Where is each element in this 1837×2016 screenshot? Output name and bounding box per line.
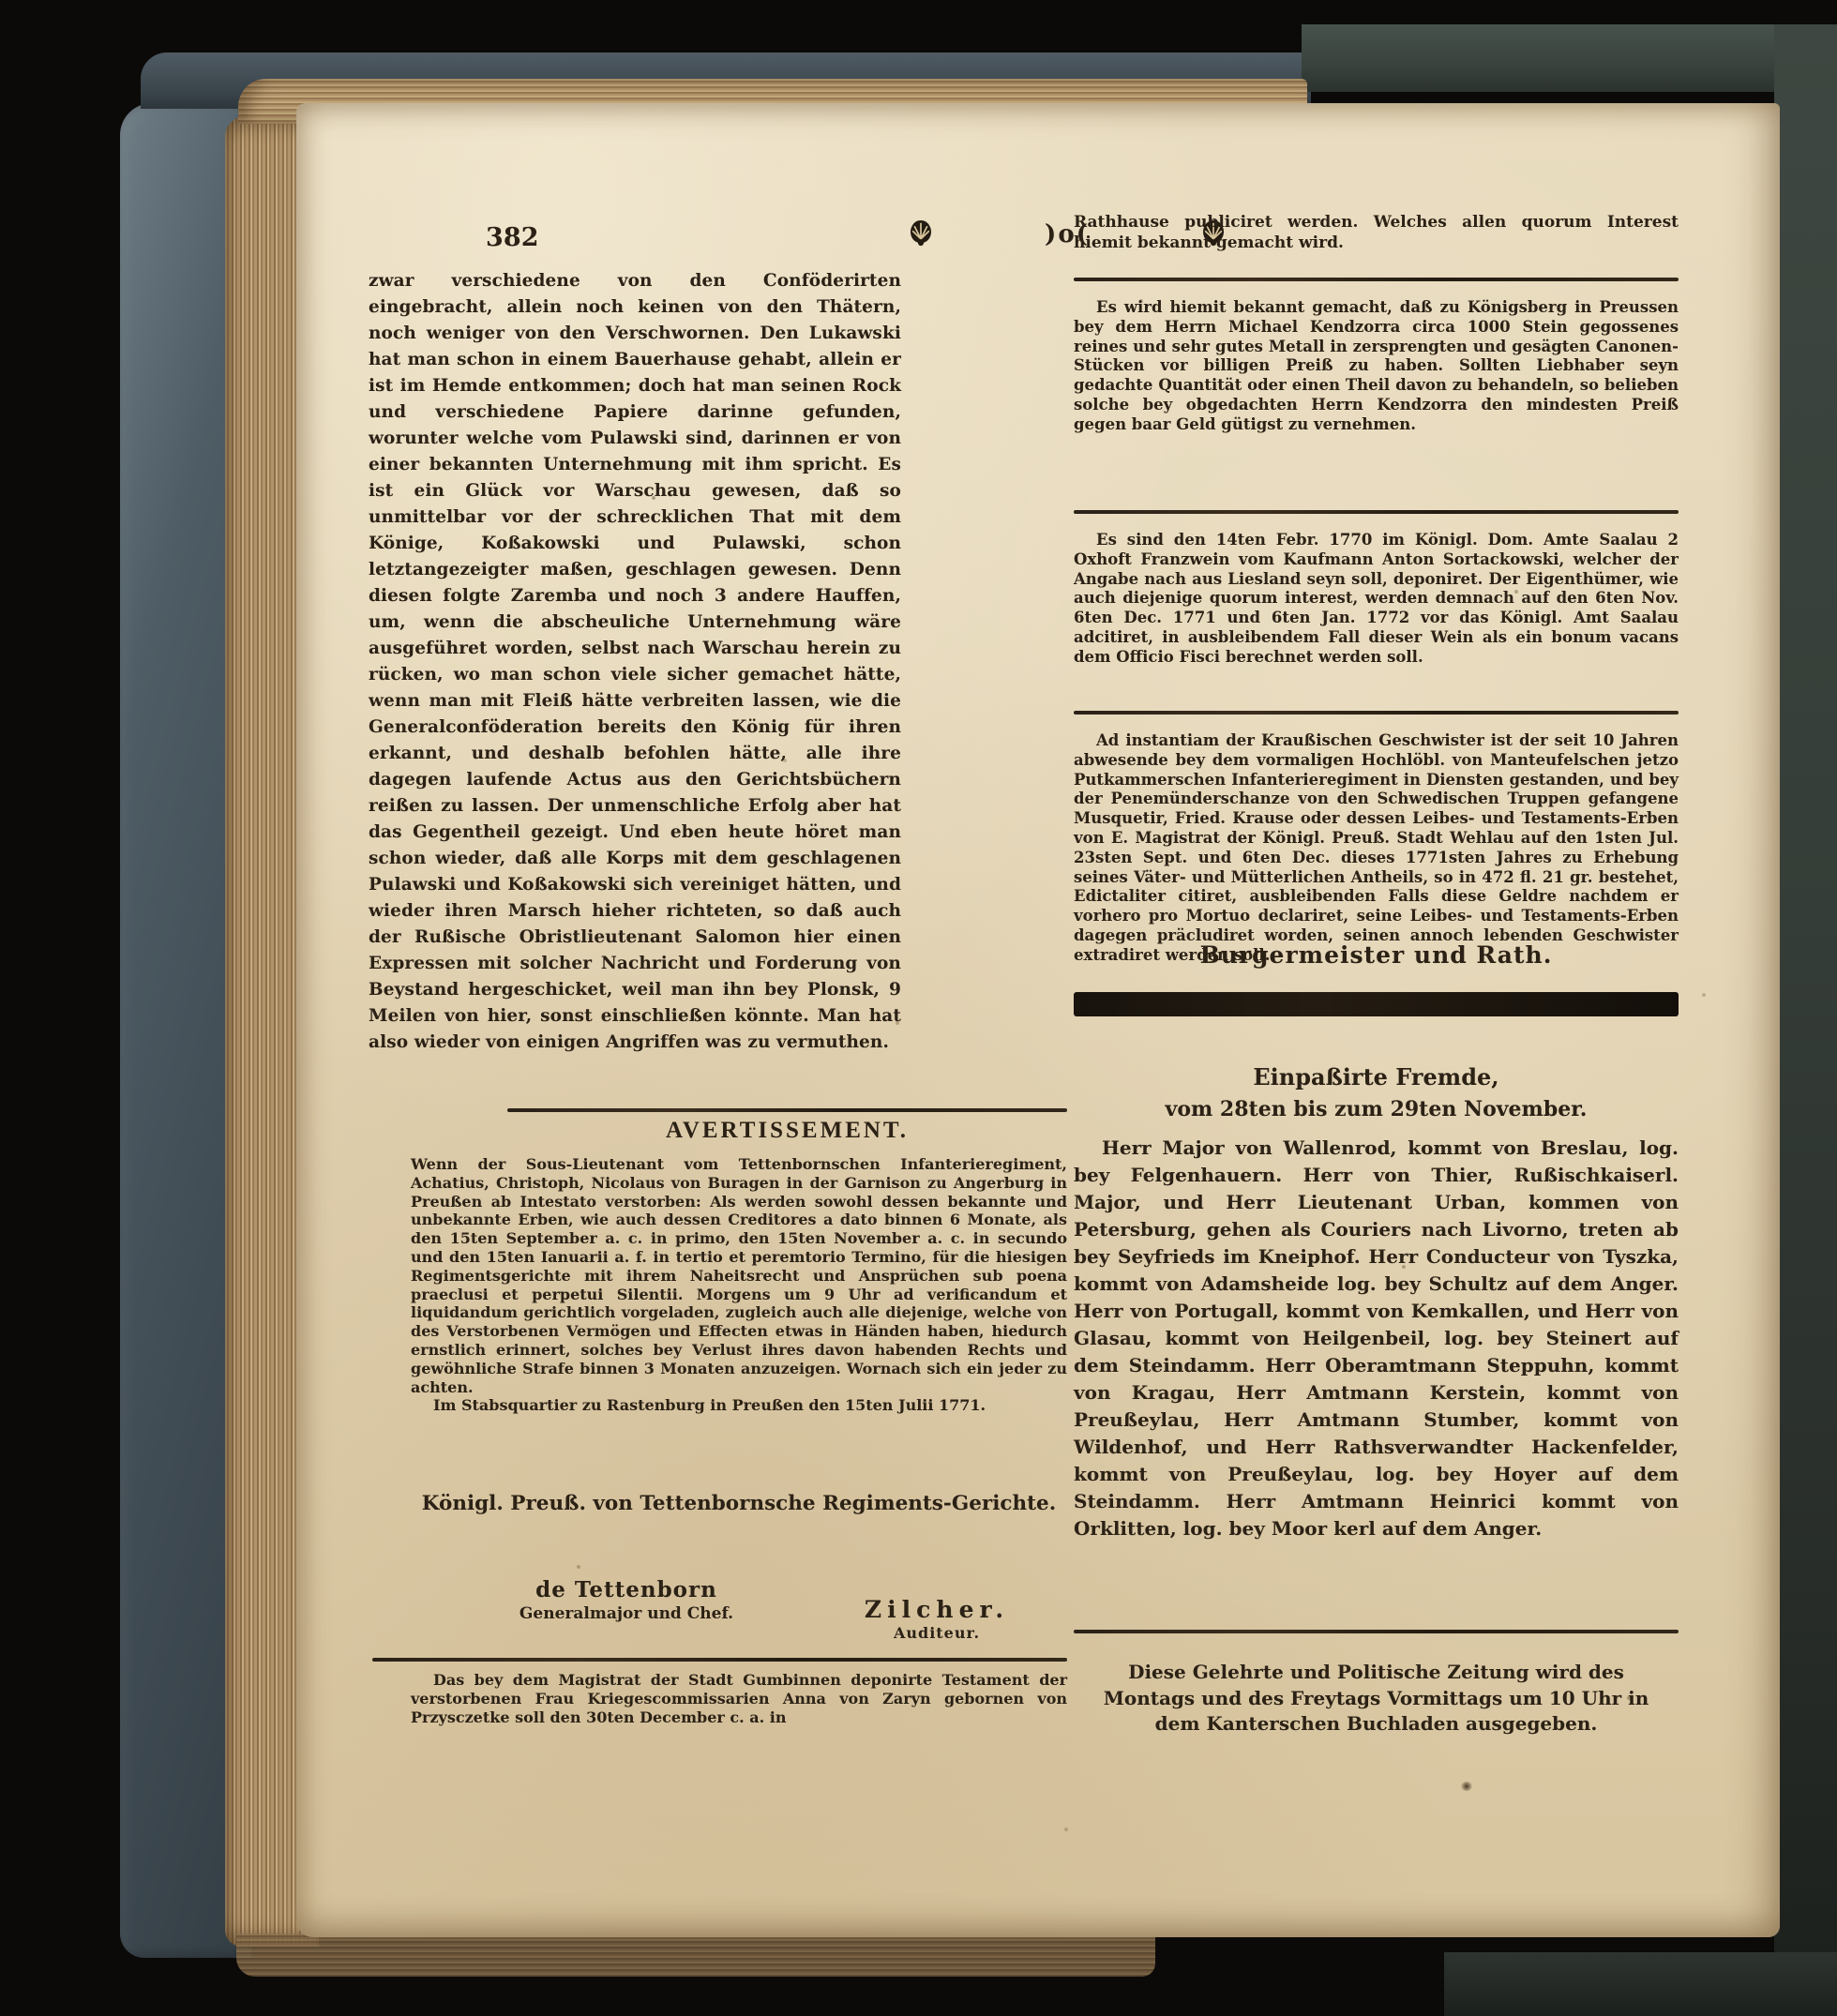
avertissement-text: Wenn der Sous-Lieutenant vom Tettenborns… <box>411 1155 1067 1396</box>
auditor-role: Auditeur. <box>801 1624 1073 1642</box>
auditor-name: Zilcher. <box>801 1596 1073 1623</box>
continuation-notice: Rathhause publiciret werden. Welches all… <box>1074 212 1679 253</box>
fremde-title: Einpaßirte Fremde, <box>1074 1063 1679 1091</box>
book-photo: { "page": { "number": "382", "header_mar… <box>0 0 1837 2016</box>
book-cover-right-top <box>1302 24 1837 92</box>
section-separator-bar <box>1074 992 1679 1016</box>
signature-role: Generalmajor und Chef. <box>411 1604 842 1623</box>
signature-name: de Tettenborn <box>411 1577 842 1602</box>
divider-rule <box>1074 510 1679 514</box>
divider-rule <box>1074 711 1679 715</box>
avertissement-body: Wenn der Sous-Lieutenant vom Tettenborns… <box>411 1155 1067 1415</box>
newspaper-page: 382 )o( zwar verschiedene von den Conföd… <box>296 103 1780 1937</box>
notice-kendzorra: Es wird hiemit bekannt gemacht, daß zu K… <box>1074 298 1679 435</box>
main-article: zwar verschiedene von den Conföderirten … <box>369 268 901 1056</box>
publication-notice: Diese Gelehrte und Politische Zeitung wi… <box>1083 1660 1669 1738</box>
notice-saalau: Es sind den 14ten Febr. 1770 im Königl. … <box>1074 531 1679 668</box>
burgermeister-signoff: Burgermeister und Rath. <box>1074 941 1679 969</box>
auditor-block: Zilcher. Auditeur. <box>801 1596 1073 1642</box>
divider-rule <box>372 1658 1067 1662</box>
left-column: zwar verschiedene von den Conföderirten … <box>369 103 1067 1937</box>
notice-krause: Ad instantiam der Kraußischen Geschwiste… <box>1074 731 1679 966</box>
book-cover-bottom-right <box>1444 1952 1837 2016</box>
fremde-arrivals: Herr Major von Wallenrod, kommt von Bres… <box>1074 1135 1679 1542</box>
gumbinnen-notice: Das bey dem Magistrat der Stadt Gumbinne… <box>411 1671 1067 1727</box>
signature-block: de Tettenborn Generalmajor und Chef. <box>411 1577 842 1623</box>
signature-organization: Königl. Preuß. von Tettenbornsche Regime… <box>411 1489 1067 1518</box>
page-stack-bottom <box>236 1933 1155 1977</box>
book-cover-right-edge <box>1774 24 1837 2016</box>
divider-rule <box>1074 278 1679 281</box>
avertissement-title: AVERTISSEMENT. <box>507 1118 1067 1144</box>
divider-rule <box>507 1108 1067 1112</box>
avertissement-dateline: Im Stabsquartier zu Rastenburg in Preuße… <box>411 1396 1067 1415</box>
paper-specks <box>296 103 298 105</box>
fremde-subtitle: vom 28ten bis zum 29ten November. <box>1074 1097 1679 1121</box>
right-column: Rathhause publiciret werden. Welches all… <box>1074 103 1679 1937</box>
divider-rule <box>1074 1630 1679 1633</box>
